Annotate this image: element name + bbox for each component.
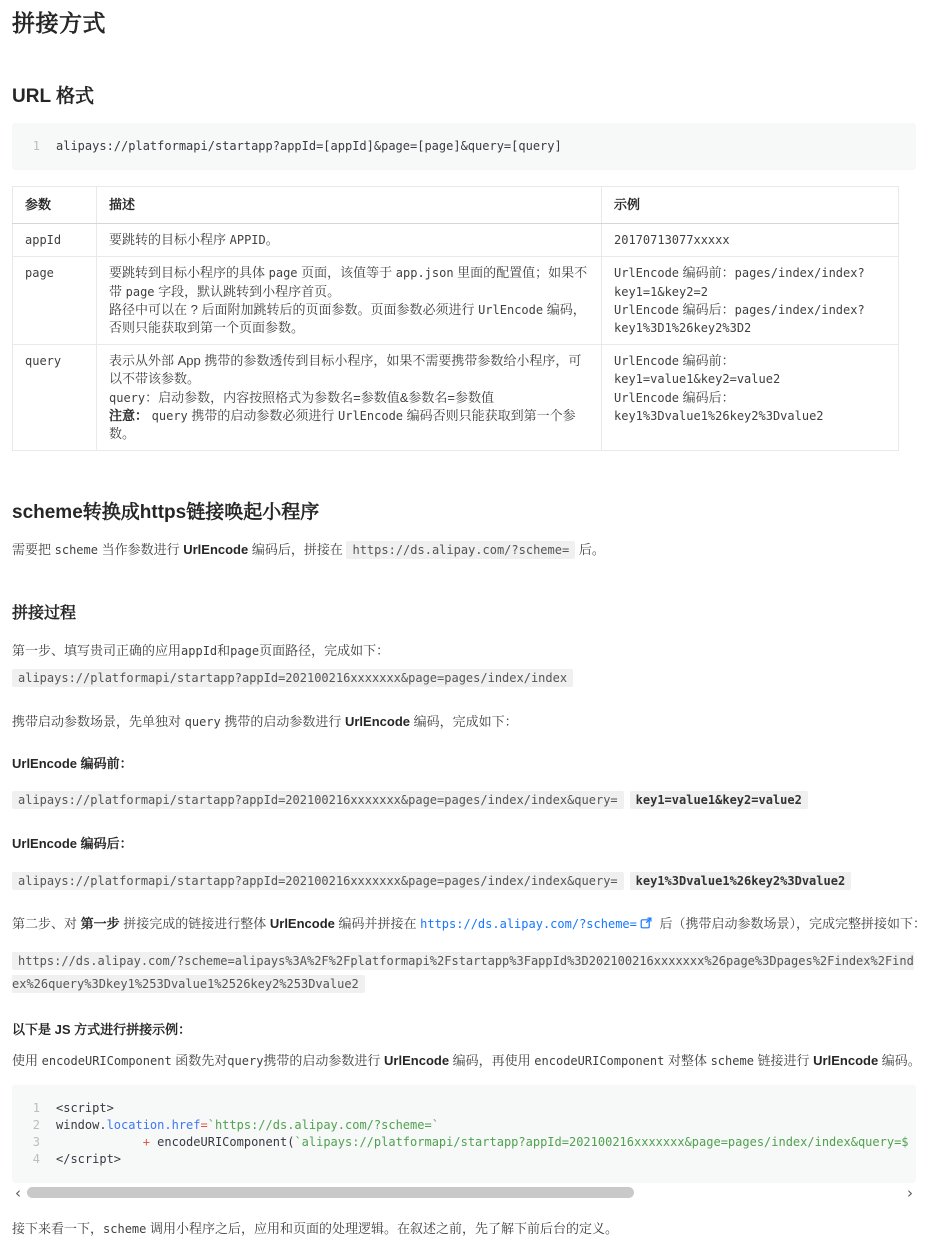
code-block-url-format: 1alipays://platformapi/startapp?appId=[a… [12, 123, 916, 170]
text: 编码后： [679, 390, 735, 405]
text: 编码后： [679, 302, 735, 317]
inline-code: alipays://platformapi/startapp?appId=202… [12, 669, 573, 687]
js-intro-paragraph: 使用 encodeURIComponent 函数先对query携带的启动参数进行… [12, 1051, 938, 1071]
mono-text: UrlEncode [478, 303, 543, 317]
scroll-right-arrow[interactable]: › [904, 1187, 916, 1199]
text: 后（携带启动参数场景），完成完整拼接如下： [656, 916, 926, 931]
text: ：启动参数，内容按照格式为参数名=参数值&参数名=参数值 [145, 390, 494, 405]
text: 编码。 [878, 1053, 921, 1068]
text: 路径中可以在 ? 后面附加跳转后的页面参数。页面参数必须进行 [109, 302, 478, 317]
description-cell: 要跳转的目标小程序 APPID。 [97, 224, 602, 257]
content: 拼接方式 URL 格式 1alipays://platformapi/start… [0, 5, 950, 1253]
mono-text: UrlEncode [614, 266, 679, 280]
code-line: 1<script> [12, 1100, 916, 1117]
column-header-description: 描述 [97, 187, 602, 224]
mono-text: UrlEncode [614, 303, 679, 317]
inline-code: alipays://platformapi/startapp?appId=202… [12, 791, 624, 809]
text: 编码后，拼接在 [248, 542, 346, 557]
mono-text: page [25, 266, 54, 280]
bold-text: 第一步 [81, 916, 120, 931]
description-cell: 表示从外部 App 携带的参数透传到目标小程序，如果不需要携带参数给小程序，可以… [97, 345, 602, 451]
bold-text: UrlEncode [384, 1053, 449, 1068]
mono-text: page [126, 285, 155, 299]
mono-text: UrlEncode [338, 409, 403, 423]
step2-paragraph: 第二步、对 第一步 拼接完成的链接进行整体 UrlEncode 编码并拼接在 h… [12, 914, 938, 935]
line-number: 1 [12, 1100, 56, 1117]
table-header-row: 参数 描述 示例 [13, 187, 899, 224]
line-number: 4 [12, 1151, 56, 1168]
page-title: 拼接方式 [12, 5, 938, 38]
sub-heading-process: 拼接过程 [12, 600, 938, 623]
param-cell: query [13, 345, 97, 451]
code-block-js-example: 1<script>2window.location.href=`https://… [12, 1085, 916, 1183]
text: 携带的启动参数进行 [263, 1053, 384, 1068]
mono-text: scheme [55, 543, 98, 557]
js-example-label: 以下是 JS 方式进行拼接示例： [12, 1020, 938, 1040]
bold-text: UrlEncode [813, 1053, 878, 1068]
step2-code-row: https://ds.alipay.com/?scheme=alipays%3A… [12, 950, 920, 996]
section-heading-url-format: URL 格式 [12, 81, 938, 108]
code-line: 2window.location.href=`https://ds.alipay… [12, 1117, 916, 1134]
mono-text: app.json [396, 266, 454, 280]
text: 编码并拼接在 [335, 916, 420, 931]
mono-text: query [109, 391, 145, 405]
text: 需要把 [12, 542, 55, 557]
mono-text: query [25, 354, 61, 368]
description-cell: 要跳转到目标小程序的具体 page 页面，该值等于 app.json 里面的配置… [97, 257, 602, 345]
encode-before-code-row: alipays://platformapi/startapp?appId=202… [12, 787, 938, 812]
mono-text: 20170713077xxxxx [614, 233, 730, 247]
text: 第一步、填写贵司正确的应用 [12, 643, 181, 658]
scrollbar-thumb[interactable] [27, 1187, 634, 1198]
mono-text: key1=value1&key2=value2 [614, 372, 780, 386]
table-row: page要跳转到目标小程序的具体 page 页面，该值等于 app.json 里… [13, 257, 899, 345]
text: 后。 [575, 542, 605, 557]
text: 函数先对 [172, 1053, 228, 1068]
bold-text: UrlEncode [183, 542, 248, 557]
mono-text: encodeURIComponent [42, 1054, 172, 1068]
text: 字段，默认跳转到小程序首页。 [155, 284, 341, 299]
footer-paragraph: 接下来看一下，scheme 调用小程序之后，应用和页面的处理逻辑。在叙述之前，先… [12, 1219, 938, 1239]
text: 携带启动参数场景，先单独对 [12, 714, 185, 729]
example-cell: UrlEncode 编码前：pages/index/index?key1=1&k… [602, 257, 899, 345]
mono-text: page [230, 644, 259, 658]
text: 接下来看一下， [12, 1221, 103, 1236]
text: 使用 [12, 1053, 42, 1068]
text: 调用小程序之后，应用和页面的处理逻辑。在叙述之前，先了解下前后台的定义。 [146, 1221, 618, 1236]
params-table-body: appId要跳转的目标小程序 APPID。20170713077xxxxxpag… [13, 224, 899, 451]
section-heading-scheme: scheme转换成https链接唤起小程序 [12, 497, 938, 524]
text: 编码前： [679, 265, 735, 280]
inline-code: https://ds.alipay.com/?scheme=alipays%3A… [12, 952, 914, 993]
mono-text: APPID [230, 233, 266, 247]
example-cell: 20170713077xxxxx [602, 224, 899, 257]
bold-text: UrlEncode 编码后： [12, 836, 133, 851]
step1-paragraph: 第一步、填写贵司正确的应用appId和page页面路径，完成如下： [12, 641, 938, 661]
param-cell: appId [13, 224, 97, 257]
mono-text: appId [25, 233, 61, 247]
mono-text: page [269, 266, 298, 280]
text: 编码，完成如下： [410, 714, 518, 729]
text: 和 [217, 643, 230, 658]
params-table: 参数 描述 示例 appId要跳转的目标小程序 APPID。2017071307… [12, 186, 899, 451]
mono-text: encodeURIComponent [534, 1054, 664, 1068]
text: 编码，再使用 [449, 1053, 534, 1068]
mono-text: query [185, 715, 221, 729]
scroll-left-arrow[interactable]: ‹ [12, 1187, 24, 1199]
text: 拼接完成的链接进行整体 [120, 916, 270, 931]
code-line: 1alipays://platformapi/startapp?appId=[a… [12, 138, 916, 155]
step1-code-row: alipays://platformapi/startapp?appId=202… [12, 665, 938, 690]
param-cell: page [13, 257, 97, 345]
external-link-icon [640, 915, 652, 935]
column-header-param: 参数 [13, 187, 97, 224]
mono-text: UrlEncode [614, 354, 679, 368]
code-line: 4</script> [12, 1151, 916, 1168]
carry-paragraph: 携带启动参数场景，先单独对 query 携带的启动参数进行 UrlEncode … [12, 712, 938, 732]
horizontal-scrollbar[interactable]: ‹ › [12, 1186, 916, 1200]
code-text: window.location.href=`https://ds.alipay.… [56, 1117, 916, 1134]
bold-text: UrlEncode 编码前： [12, 756, 133, 771]
inline-code: https://ds.alipay.com/?scheme= [346, 541, 575, 559]
code-text: alipays://platformapi/startapp?appId=[ap… [56, 138, 916, 155]
table-row: query表示从外部 App 携带的参数透传到目标小程序，如果不需要携带参数给小… [13, 345, 899, 451]
text: 页面路径，完成如下： [259, 643, 389, 658]
text: 。 [266, 232, 279, 247]
mono-text: appId [181, 644, 217, 658]
scheme-link[interactable]: https://ds.alipay.com/?scheme= [420, 917, 637, 931]
inline-code-bold: key1=value1&key2=value2 [630, 791, 808, 809]
inline-code-bold: key1%3Dvalue1%26key2%3Dvalue2 [630, 872, 852, 890]
bold-text: 以下是 JS 方式进行拼接示例： [12, 1022, 191, 1037]
text: 对整体 [664, 1053, 710, 1068]
line-number: 2 [12, 1117, 56, 1134]
text: 链接进行 [754, 1053, 813, 1068]
example-cell: UrlEncode 编码前：key1=value1&key2=value2Url… [602, 345, 899, 451]
text: 表示从外部 App 携带的参数透传到目标小程序，如果不需要携带参数给小程序，可以… [109, 353, 581, 386]
scrollbar-track[interactable] [24, 1187, 904, 1198]
line-number: 3 [12, 1134, 56, 1151]
encode-after-code-row: alipays://platformapi/startapp?appId=202… [12, 868, 938, 893]
mono-text: scheme [103, 1222, 146, 1236]
text: 要跳转的目标小程序 [109, 232, 230, 247]
mono-text: query [152, 409, 188, 423]
code-text: </script> [56, 1151, 916, 1168]
text: 当作参数进行 [98, 542, 183, 557]
line-number: 1 [12, 138, 56, 155]
bold-text: UrlEncode [270, 916, 335, 931]
inline-code: alipays://platformapi/startapp?appId=202… [12, 872, 624, 890]
text: 携带的启动参数进行 [221, 714, 345, 729]
encode-before-label: UrlEncode 编码前： [12, 754, 938, 774]
code-line: 3 + encodeURIComponent(`alipays://platfo… [12, 1134, 916, 1151]
text: 编码前： [679, 353, 735, 368]
bold-text: 注意： [109, 408, 148, 423]
table-row: appId要跳转的目标小程序 APPID。20170713077xxxxx [13, 224, 899, 257]
bold-text: UrlEncode [345, 714, 410, 729]
code-text: <script> [56, 1100, 916, 1117]
column-header-example: 示例 [602, 187, 899, 224]
encode-after-label: UrlEncode 编码后： [12, 834, 938, 854]
mono-text: scheme [711, 1054, 754, 1068]
code-text: + encodeURIComponent(`alipays://platform… [56, 1134, 916, 1151]
text: 第二步、对 [12, 916, 81, 931]
text: 要跳转到目标小程序的具体 [109, 265, 269, 280]
text: 携带的启动参数必须进行 [188, 408, 338, 423]
scheme-intro-paragraph: 需要把 scheme 当作参数进行 UrlEncode 编码后，拼接在 http… [12, 540, 938, 560]
mono-text: key1%3Dvalue1%26key2%3Dvalue2 [614, 409, 824, 423]
mono-text: UrlEncode [614, 391, 679, 405]
text: 页面，该值等于 [298, 265, 396, 280]
mono-text: query [227, 1054, 263, 1068]
